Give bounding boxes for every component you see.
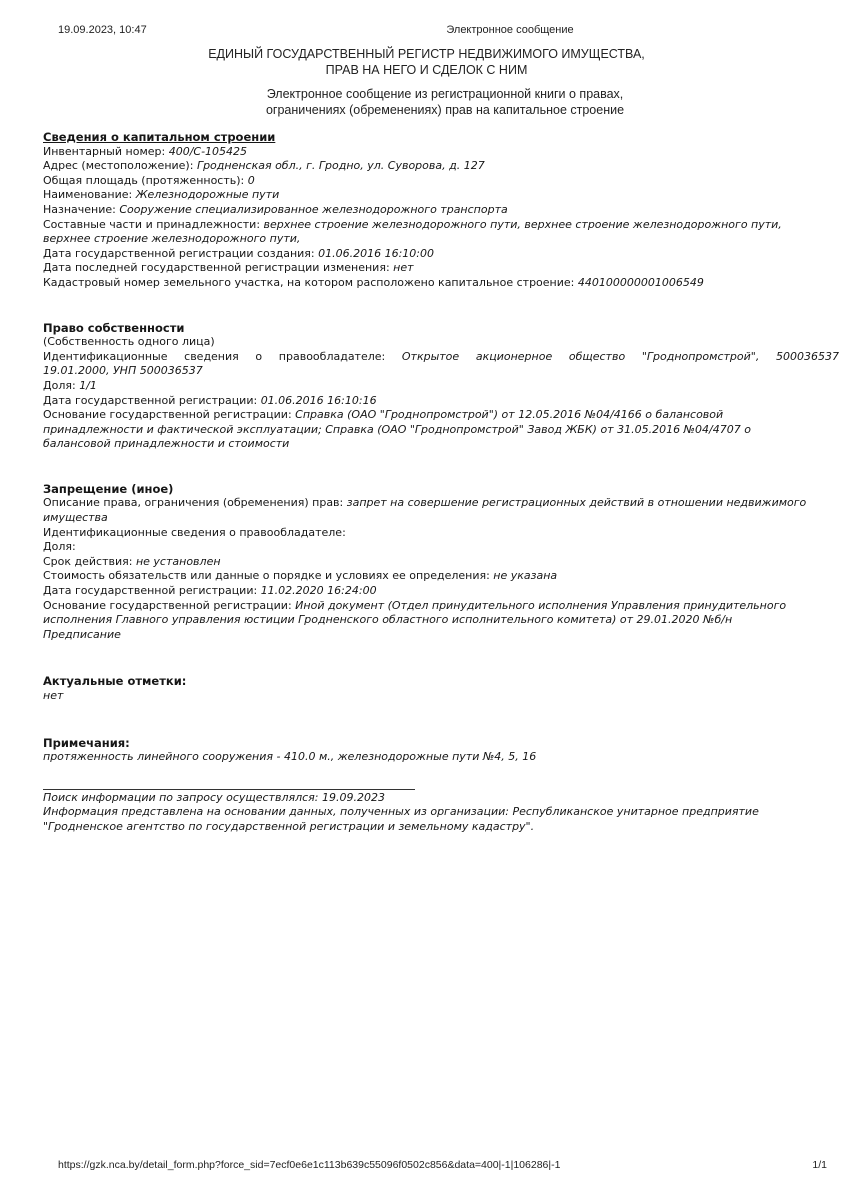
field-label: Дата государственной регистрации: — [43, 584, 261, 597]
field-holder: Идентификационные сведения о правооблада… — [43, 526, 843, 541]
field-value: 400/С-105425 — [169, 145, 247, 158]
field-label: Доля: — [43, 379, 79, 392]
section-heading: Примечания: — [43, 736, 843, 751]
field-label: правообладателе: — [279, 350, 385, 365]
field-value: 500036537 — [776, 350, 839, 365]
field-registration-basis: Основание государственной регистрации: С… — [43, 408, 843, 423]
field-registration-basis: Основание государственной регистрации: И… — [43, 599, 843, 614]
field-label: Назначение: — [43, 203, 119, 216]
field-registration-date: Дата государственной регистрации: 01.06.… — [43, 394, 843, 409]
section-heading: Право собственности — [43, 321, 843, 336]
field-label: Кадастровый номер земельного участка, на… — [43, 276, 578, 289]
field-value: общество — [569, 350, 625, 365]
field-parts-continued: верхнее строение железнодорожного пути, — [43, 232, 843, 247]
section-current-marks: Актуальные отметки: нет — [43, 674, 843, 703]
field-value: Гродненская обл., г. Гродно, ул. Суворов… — [197, 159, 485, 172]
field-share: Доля: — [43, 540, 843, 555]
field-address: Адрес (местоположение): Гродненская обл.… — [43, 159, 843, 174]
field-label: Инвентарный номер: — [43, 145, 169, 158]
field-cadastral-number: Кадастровый номер земельного участка, на… — [43, 276, 843, 291]
field-value: Иной документ (Отдел принудительного исп… — [295, 599, 786, 612]
field-label: Стоимость обязательств или данные о поря… — [43, 569, 493, 582]
field-value: 01.06.2016 16:10:16 — [261, 394, 377, 407]
field-label: Дата последней государственной регистрац… — [43, 261, 393, 274]
field-value: нет — [393, 261, 413, 274]
field-value: Справка (ОАО "Гроднопромстрой") от 12.05… — [295, 408, 723, 421]
document-body: Сведения о капитальном строении Инвентар… — [43, 130, 843, 835]
field-name: Наименование: Железнодорожные пути — [43, 188, 843, 203]
field-value: 01.06.2016 16:10:00 — [318, 247, 434, 260]
footnote-source: Информация представлена на основании дан… — [43, 805, 843, 820]
field-share: Доля: 1/1 — [43, 379, 843, 394]
subtitle-line: ограничениях (обременениях) прав на капи… — [0, 102, 853, 118]
section-heading: Запрещение (иное) — [43, 482, 843, 497]
title-line: ЕДИНЫЙ ГОСУДАРСТВЕННЫЙ РЕГИСТР НЕДВИЖИМО… — [0, 46, 853, 62]
field-label: Дата государственной регистрации: — [43, 394, 261, 407]
field-label: Наименование: — [43, 188, 136, 201]
field-area: Общая площадь (протяженность): 0 — [43, 174, 843, 189]
section-notes: Примечания: протяженность линейного соор… — [43, 736, 843, 765]
section-restriction: Запрещение (иное) Описание права, ограни… — [43, 482, 843, 643]
document-title: ЕДИНЫЙ ГОСУДАРСТВЕННЫЙ РЕГИСТР НЕДВИЖИМО… — [0, 46, 853, 78]
field-label: Основание государственной регистрации: — [43, 599, 295, 612]
field-cost: Стоимость обязательств или данные о поря… — [43, 569, 843, 584]
footnote-source-continued: "Гродненское агентство по государственно… — [43, 820, 843, 835]
field-registration-basis-continued: принадлежности и фактической эксплуатаци… — [43, 423, 843, 438]
field-purpose: Назначение: Сооружение специализированно… — [43, 203, 843, 218]
field-description-continued: имущества — [43, 511, 843, 526]
field-changed-date: Дата последней государственной регистрац… — [43, 261, 843, 276]
field-value: 1/1 — [79, 379, 97, 392]
field-label: о — [255, 350, 262, 365]
field-label: Срок действия: — [43, 555, 136, 568]
field-registration-date: Дата государственной регистрации: 11.02.… — [43, 584, 843, 599]
field-value: Открытое — [402, 350, 459, 365]
field-holder-continued: 19.01.2000, УНП 500036537 — [43, 364, 843, 379]
field-holder: Идентификационные сведения о правооблада… — [43, 350, 839, 365]
field-value: не указана — [493, 569, 557, 582]
field-label: сведения — [184, 350, 239, 365]
field-value: 0 — [248, 174, 255, 187]
field-term: Срок действия: не установлен — [43, 555, 843, 570]
title-line: ПРАВ НА НЕГО И СДЕЛОК С НИМ — [0, 62, 853, 78]
section-building: Сведения о капитальном строении Инвентар… — [43, 130, 843, 291]
field-label: Идентификационные — [43, 350, 168, 365]
section-ownership: Право собственности (Собственность одног… — [43, 321, 843, 452]
field-label: Дата государственной регистрации создани… — [43, 247, 318, 260]
print-footer-page-number: 1/1 — [812, 1159, 827, 1171]
section-heading: Сведения о капитальном строении — [43, 130, 843, 145]
field-label: Общая площадь (протяженность): — [43, 174, 248, 187]
field-created-date: Дата государственной регистрации создани… — [43, 247, 843, 262]
field-value: запрет на совершение регистрационных дей… — [347, 496, 807, 509]
footnote-search-date: Поиск информации по запросу осуществлялс… — [43, 791, 843, 806]
field-label: Описание права, ограничения (обременения… — [43, 496, 347, 509]
footnote-divider — [43, 789, 415, 790]
field-value: Железнодорожные пути — [136, 188, 280, 201]
field-label: Составные части и принадлежности: — [43, 218, 264, 231]
field-value: Сооружение специализированное железнодор… — [119, 203, 507, 216]
field-label: Адрес (местоположение): — [43, 159, 197, 172]
field-value: 11.02.2020 16:24:00 — [261, 584, 377, 597]
field-value: "Гроднопромстрой", — [642, 350, 760, 365]
current-marks-value: нет — [43, 689, 843, 704]
ownership-type: (Собственность одного лица) — [43, 335, 843, 350]
field-registration-basis-continued: Предписание — [43, 628, 843, 643]
footnote: Поиск информации по запросу осуществлялс… — [43, 789, 843, 835]
field-value: акционерное — [476, 350, 552, 365]
field-value: не установлен — [136, 555, 221, 568]
field-registration-basis-continued: балансовой принадлежности и стоимости — [43, 437, 843, 452]
print-footer-url: https://gzk.nca.by/detail_form.php?force… — [58, 1159, 560, 1171]
field-parts: Составные части и принадлежности: верхне… — [43, 218, 843, 233]
field-description: Описание права, ограничения (обременения… — [43, 496, 843, 511]
field-registration-basis-continued: исполнения Главного управления юстиции Г… — [43, 613, 843, 628]
field-value: 440100000001006549 — [578, 276, 704, 289]
subtitle-line: Электронное сообщение из регистрационной… — [0, 86, 853, 102]
section-heading: Актуальные отметки: — [43, 674, 843, 689]
print-header-doc-label: Электронное сообщение — [0, 24, 853, 36]
field-value: верхнее строение железнодорожного пути, … — [264, 218, 782, 231]
notes-value: протяженность линейного сооружения - 410… — [43, 750, 843, 765]
field-inventory-number: Инвентарный номер: 400/С-105425 — [43, 145, 843, 160]
field-label: Основание государственной регистрации: — [43, 408, 295, 421]
document-subtitle: Электронное сообщение из регистрационной… — [0, 86, 853, 118]
